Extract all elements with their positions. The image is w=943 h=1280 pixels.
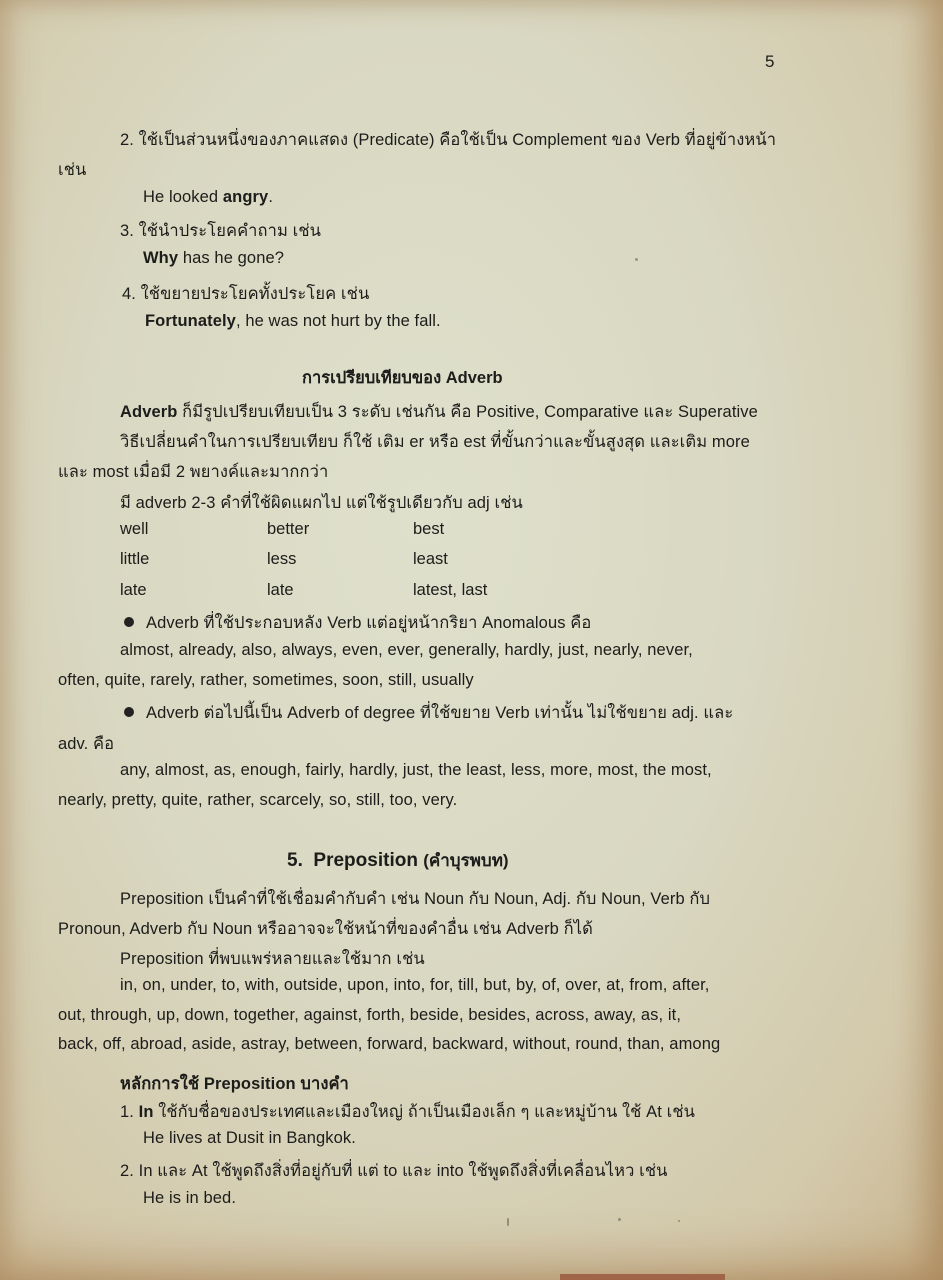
bullet-2-list-line1: any, almost, as, enough, fairly, hardly,…	[120, 761, 712, 780]
example-fortunately: Fortunately, he was not hurt by the fall…	[145, 312, 441, 331]
bullet-icon	[124, 617, 134, 627]
preposition-p2: Preposition ที่พบแพร่หลายและใช้มาก เช่น	[120, 946, 425, 972]
paragraph-text: ก็มีรูปเปรียบเทียบเป็น 3 ระดับ เช่นกัน ค…	[177, 403, 757, 421]
table-cell: best	[413, 520, 444, 539]
irregular-intro: มี adverb 2-3 คำที่ใช้ผิดแผกไป แต่ใช้รูป…	[120, 490, 523, 516]
term-bold: Adverb	[120, 403, 177, 421]
example-text: has he gone?	[178, 249, 284, 267]
section-title-th: (คำบุรพบท)	[423, 851, 508, 870]
bullet-icon	[124, 707, 134, 717]
table-cell: late	[267, 581, 294, 600]
bullet-2: Adverb ต่อไปนี้เป็น Adverb of degree ที่…	[124, 700, 733, 726]
bullet-text: Adverb ต่อไปนี้เป็น Adverb of degree ที่…	[146, 704, 733, 722]
example-text: He looked	[143, 188, 223, 206]
example-text: , he was not hurt by the fall.	[236, 312, 441, 330]
table-cell: little	[120, 550, 149, 569]
preposition-p1-line1: Preposition เป็นคำที่ใช้เชื่อมคำกับคำ เช…	[120, 886, 710, 912]
bullet-1-list-line2: often, quite, rarely, rather, sometimes,…	[58, 671, 474, 690]
scanned-page: 5 2. ใช้เป็นส่วนหนึ่งของภาคแสดง (Predica…	[0, 0, 943, 1280]
preposition-heading: 5. Preposition (คำบุรพบท)	[287, 847, 509, 874]
scan-speck	[678, 1220, 680, 1222]
table-cell: well	[120, 520, 148, 539]
section-title-en: Preposition	[313, 850, 418, 871]
preposition-p1-line2: Pronoun, Adverb กับ Noun หรืออาจจะใช้หน้…	[58, 916, 593, 942]
example-text: .	[268, 188, 273, 206]
example-bold: angry	[223, 188, 268, 206]
preposition-list-line2: out, through, up, down, together, agains…	[58, 1006, 681, 1025]
bullet-text: Adverb ที่ใช้ประกอบหลัง Verb แต่อยู่หน้า…	[146, 614, 591, 632]
section-number: 5.	[287, 850, 303, 871]
term-bold: In	[139, 1103, 154, 1121]
comparison-p1: Adverb ก็มีรูปเปรียบเทียบเป็น 3 ระดับ เช…	[120, 399, 758, 425]
rules-heading: หลักการใช้ Preposition บางคำ	[120, 1071, 349, 1097]
page-edge-tab	[560, 1274, 725, 1280]
bullet-2-cont: adv. คือ	[58, 731, 114, 757]
comparison-p2-line1: วิธีเปลี่ยนคำในการเปรียบเทียบ ก็ใช้ เติม…	[120, 429, 750, 455]
use-item-2-cont: เช่น	[58, 157, 86, 183]
table-cell: least	[413, 550, 448, 569]
use-item-3: 3. ใช้นำประโยคคำถาม เช่น	[120, 218, 321, 244]
preposition-list-line1: in, on, under, to, with, outside, upon, …	[120, 976, 709, 995]
table-cell: latest, last	[413, 581, 487, 600]
table-cell: late	[120, 581, 147, 600]
example-angry: He looked angry.	[143, 188, 273, 207]
rule-2: 2. In และ At ใช้พูดถึงสิ่งที่อยู่กับที่ …	[120, 1158, 668, 1184]
rule-1: 1. In ใช้กับชื่อของประเทศและเมืองใหญ่ ถ้…	[120, 1099, 695, 1125]
bullet-1: Adverb ที่ใช้ประกอบหลัง Verb แต่อยู่หน้า…	[124, 610, 591, 636]
table-cell: better	[267, 520, 309, 539]
example-bold: Fortunately	[145, 312, 236, 330]
preposition-list-line3: back, off, abroad, aside, astray, betwee…	[58, 1035, 720, 1054]
comparison-p2-line2: และ most เมื่อมี 2 พยางค์และมากกว่า	[58, 459, 328, 485]
rule-2-example: He is in bed.	[143, 1189, 236, 1208]
table-cell: less	[267, 550, 296, 569]
example-bold: Why	[143, 249, 178, 267]
rule-number: 1.	[120, 1103, 139, 1121]
rule-1-example: He lives at Dusit in Bangkok.	[143, 1129, 356, 1148]
example-why: Why has he gone?	[143, 249, 284, 268]
bullet-1-list-line1: almost, already, also, always, even, eve…	[120, 641, 693, 660]
page-number: 5	[765, 52, 774, 72]
use-item-4: 4. ใช้ขยายประโยคทั้งประโยค เช่น	[122, 281, 369, 307]
comparison-heading: การเปรียบเทียบของ Adverb	[302, 365, 503, 391]
bullet-2-list-line2: nearly, pretty, quite, rather, scarcely,…	[58, 791, 457, 810]
scan-speck	[507, 1218, 509, 1226]
rule-text: ใช้กับชื่อของประเทศและเมืองใหญ่ ถ้าเป็นเ…	[154, 1103, 696, 1121]
use-item-2: 2. ใช้เป็นส่วนหนึ่งของภาคแสดง (Predicate…	[120, 127, 776, 153]
scan-speck	[635, 258, 638, 261]
scan-speck	[618, 1218, 621, 1221]
